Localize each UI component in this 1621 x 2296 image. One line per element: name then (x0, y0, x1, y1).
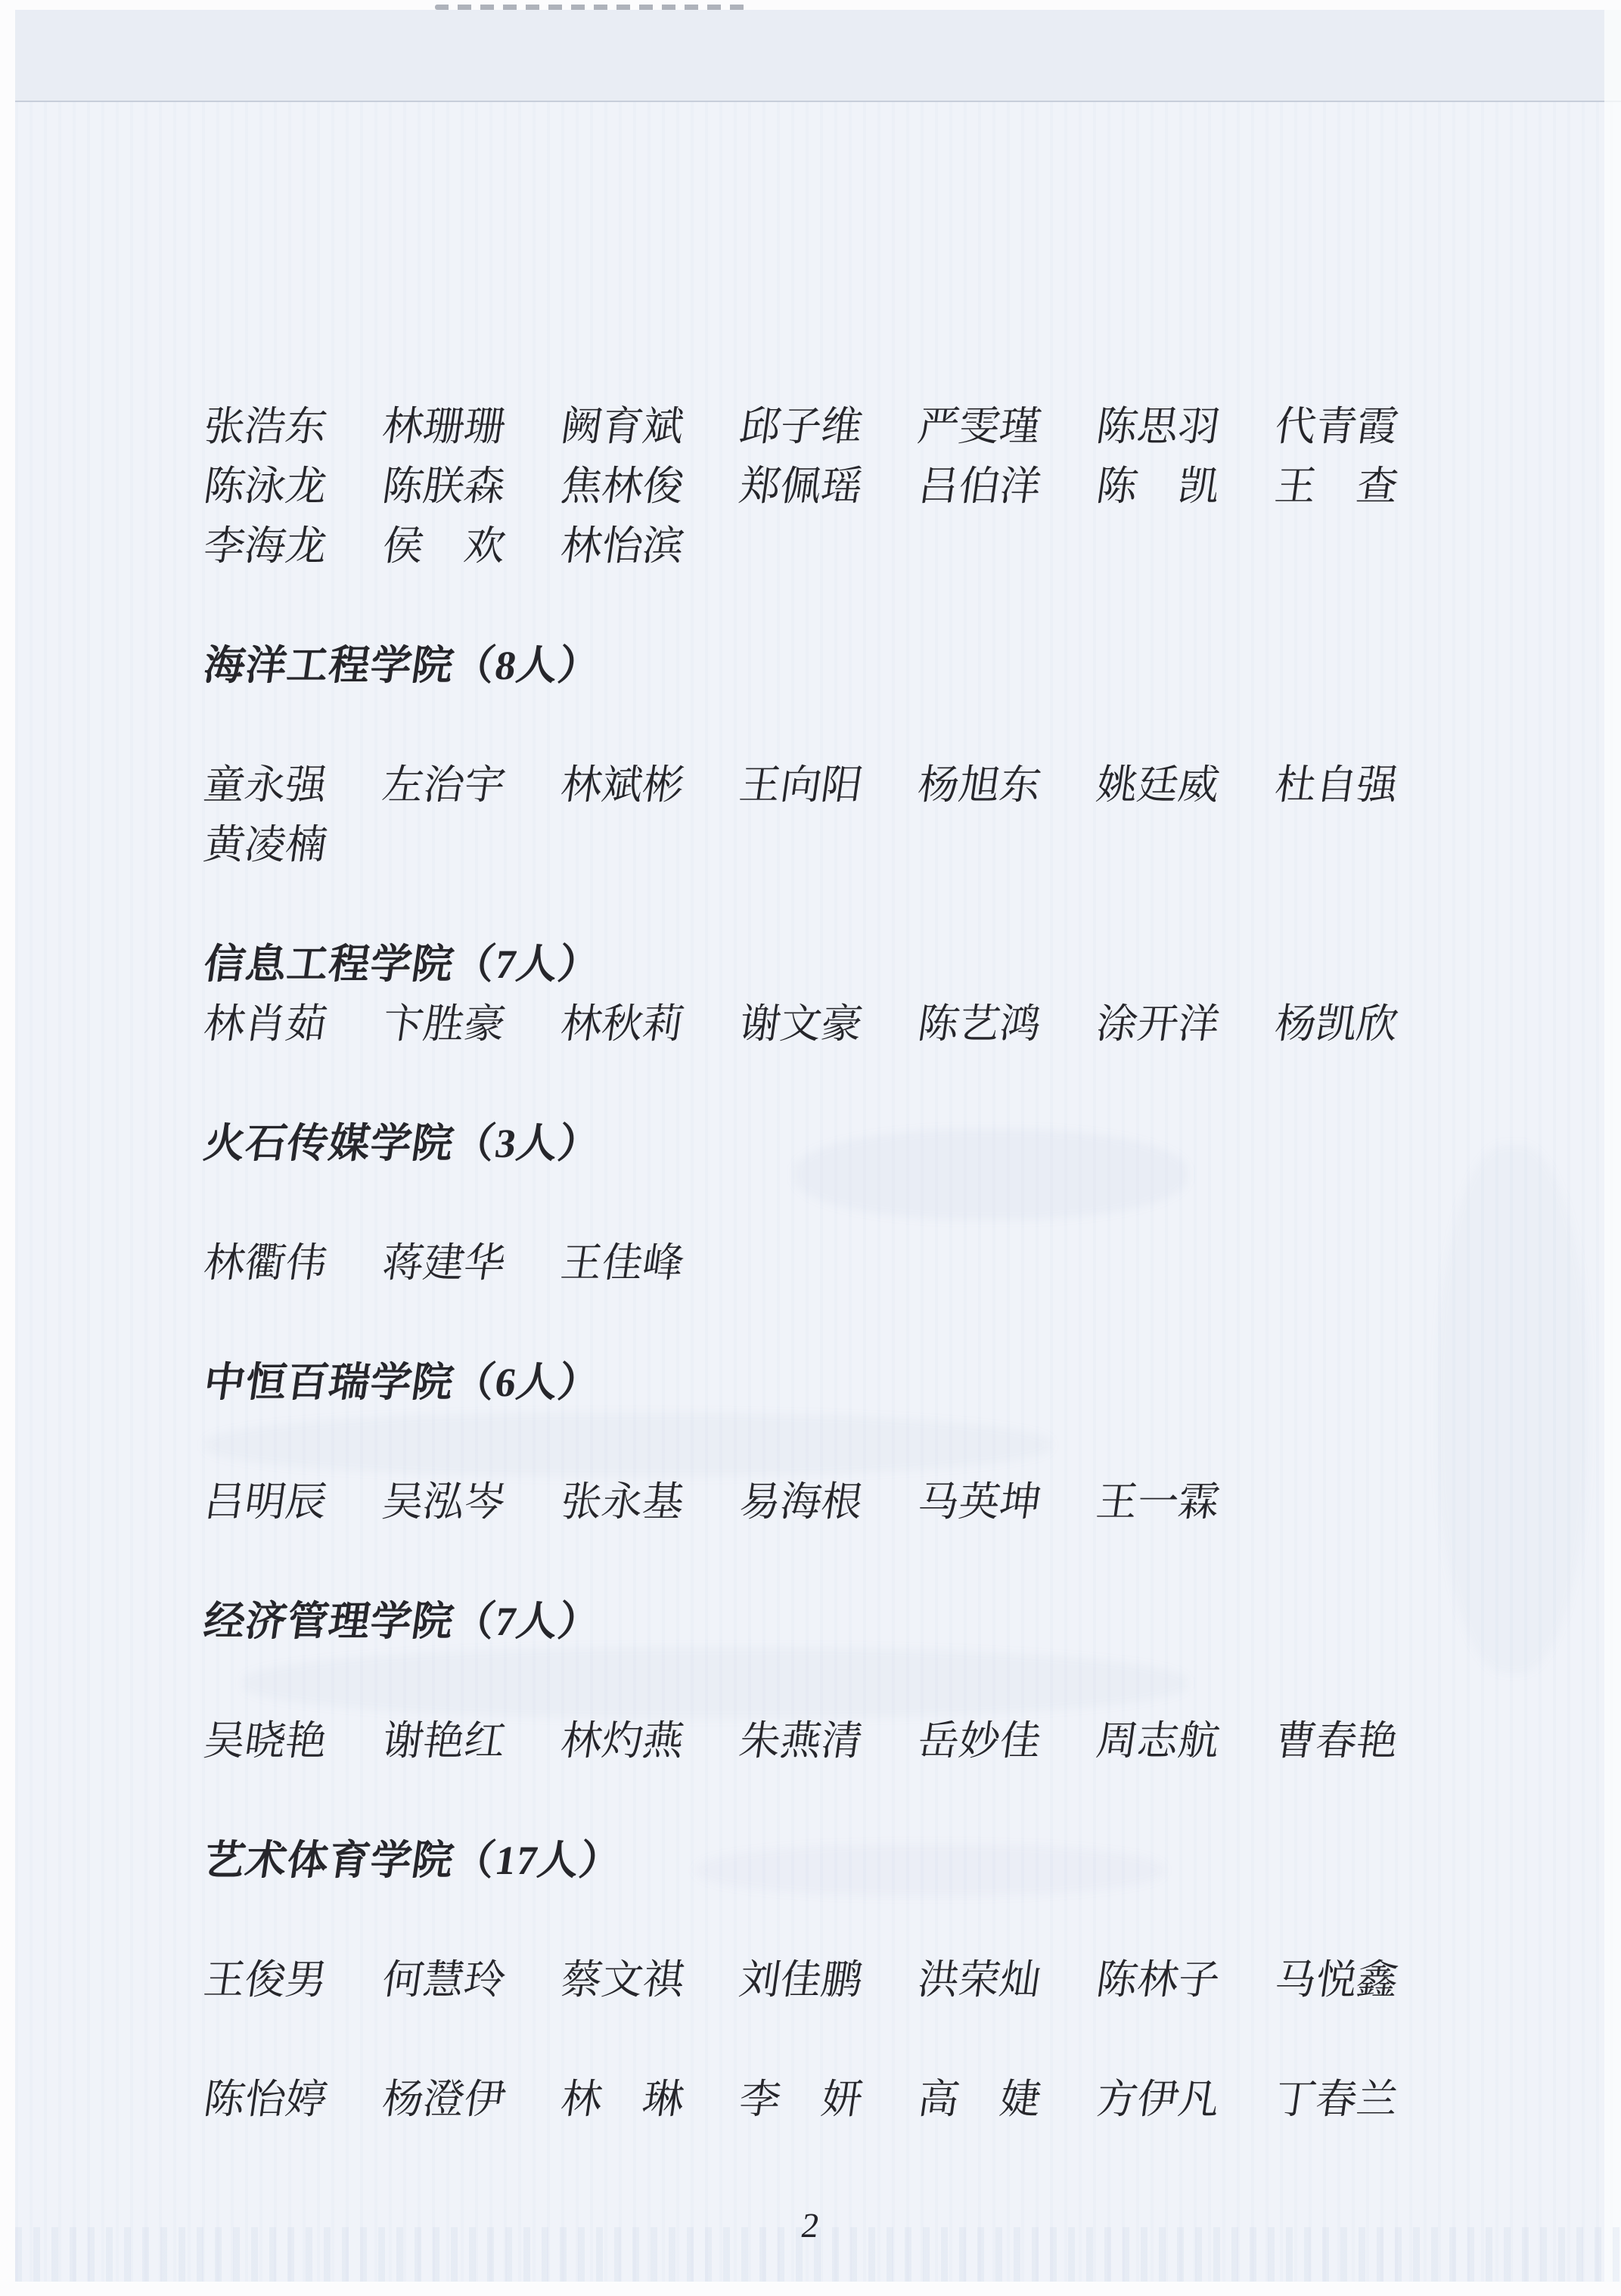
person-name: 蒋建华 (378, 1233, 509, 1293)
scan-artifact-dashes (435, 5, 745, 10)
scan-edge-strip (1604, 10, 1621, 2282)
blank-line (204, 1054, 1505, 1114)
person-name: 洪荣灿 (914, 1950, 1045, 2010)
names-row: 吕明辰吴泓岑张永基易海根马英坤王一霖 (204, 1472, 1505, 1532)
person-name: 易海根 (735, 1472, 866, 1532)
person-name: 王俊男 (200, 1950, 331, 2010)
person-name: 杨旭东 (914, 756, 1045, 815)
section-heading-text: 信息工程学院（7人） (200, 935, 604, 994)
person-name: 郑佩瑶 (735, 457, 866, 517)
person-name: 刘佳鹏 (735, 1950, 866, 2010)
names-row: 林肖茹卞胜豪林秋莉谢文豪陈艺鸿涂开洋杨凯欣 (204, 994, 1505, 1054)
person-name: 吴泓岑 (378, 1472, 509, 1532)
person-name: 卞胜豪 (378, 994, 509, 1054)
person-name: 何慧玲 (378, 1950, 509, 2010)
blank-line (204, 1532, 1505, 1592)
section-heading: 中恒百瑞学院（6人） (204, 1353, 1505, 1413)
section-heading-text: 经济管理学院（7人） (200, 1592, 604, 1652)
person-name: 朱燕清 (735, 1711, 866, 1771)
person-name: 王向阳 (735, 756, 866, 815)
person-name: 林斌彬 (557, 756, 688, 815)
names-row: 王俊男何慧玲蔡文祺刘佳鹏洪荣灿陈林子马悦鑫 (204, 1950, 1505, 2010)
section-heading: 信息工程学院（7人） (204, 935, 1505, 994)
blank-line (204, 1174, 1505, 1233)
person-name: 黄凌楠 (200, 815, 331, 875)
person-name: 涂开洋 (1092, 994, 1223, 1054)
person-name: 吕明辰 (200, 1472, 331, 1532)
names-row: 陈怡婷杨澄伊林 琳李 妍高 婕方伊凡丁春兰 (204, 2070, 1505, 2130)
scanned-page: 张浩东林珊珊阙育斌邱子维严雯瑾陈思羽代青霞陈泳龙陈朕森焦林俊郑佩瑶吕伯洋陈 凯王… (0, 0, 1621, 2296)
person-name: 杜自强 (1271, 756, 1402, 815)
person-name: 焦林俊 (557, 457, 688, 517)
page-number: 2 (0, 2205, 1621, 2245)
person-name: 陈泳龙 (200, 457, 331, 517)
names-row: 黄凌楠 (204, 815, 1505, 875)
blank-line (204, 1771, 1505, 1831)
person-name: 阙育斌 (557, 397, 688, 457)
blank-line (204, 576, 1505, 636)
person-name: 丁春兰 (1271, 2070, 1402, 2130)
names-row: 陈泳龙陈朕森焦林俊郑佩瑶吕伯洋陈 凯王 查 (204, 457, 1505, 517)
section-heading-text: 火石传媒学院（3人） (200, 1114, 604, 1174)
person-name: 林衢伟 (200, 1233, 331, 1293)
person-name: 高 婕 (914, 2070, 1045, 2130)
person-name: 林秋莉 (557, 994, 688, 1054)
person-name: 谢艳红 (378, 1711, 509, 1771)
blank-line (204, 2010, 1505, 2070)
person-name: 邱子维 (735, 397, 866, 457)
scan-band (15, 10, 1621, 102)
person-name: 李 妍 (735, 2070, 866, 2130)
person-name: 林 琳 (557, 2070, 688, 2130)
blank-line (204, 1891, 1505, 1950)
person-name: 李海龙 (200, 517, 331, 576)
section-heading: 经济管理学院（7人） (204, 1592, 1505, 1652)
names-row: 李海龙侯 欢林怡滨 (204, 517, 1505, 576)
person-name: 方伊凡 (1092, 2070, 1223, 2130)
person-name: 陈 凯 (1092, 457, 1223, 517)
names-row: 张浩东林珊珊阙育斌邱子维严雯瑾陈思羽代青霞 (204, 397, 1505, 457)
person-name: 林珊珊 (378, 397, 509, 457)
person-name: 林怡滨 (557, 517, 688, 576)
person-name: 曹春艳 (1271, 1711, 1402, 1771)
person-name: 马悦鑫 (1271, 1950, 1402, 2010)
section-heading-text: 中恒百瑞学院（6人） (200, 1353, 604, 1413)
person-name: 严雯瑾 (914, 397, 1045, 457)
person-name: 王一霖 (1092, 1472, 1223, 1532)
person-name: 林灼燕 (557, 1711, 688, 1771)
person-name: 林肖茹 (200, 994, 331, 1054)
blank-line (204, 1652, 1505, 1711)
document-body: 张浩东林珊珊阙育斌邱子维严雯瑾陈思羽代青霞陈泳龙陈朕森焦林俊郑佩瑶吕伯洋陈 凯王… (204, 397, 1505, 2130)
section-heading-text: 艺术体育学院（17人） (200, 1831, 625, 1891)
person-name: 陈艺鸿 (914, 994, 1045, 1054)
person-name: 陈林子 (1092, 1950, 1223, 2010)
section-heading: 海洋工程学院（8人） (204, 636, 1505, 696)
person-name: 姚廷威 (1092, 756, 1223, 815)
section-heading: 艺术体育学院（17人） (204, 1831, 1505, 1891)
person-name: 王佳峰 (557, 1233, 688, 1293)
person-name: 杨凯欣 (1271, 994, 1402, 1054)
person-name: 代青霞 (1271, 397, 1402, 457)
person-name: 杨澄伊 (378, 2070, 509, 2130)
blank-line (204, 696, 1505, 756)
section-heading: 火石传媒学院（3人） (204, 1114, 1505, 1174)
person-name: 陈朕森 (378, 457, 509, 517)
person-name: 谢文豪 (735, 994, 866, 1054)
person-name: 张永基 (557, 1472, 688, 1532)
names-row: 童永强左治宇林斌彬王向阳杨旭东姚廷威杜自强 (204, 756, 1505, 815)
person-name: 吕伯洋 (914, 457, 1045, 517)
person-name: 蔡文祺 (557, 1950, 688, 2010)
person-name: 陈怡婷 (200, 2070, 331, 2130)
person-name: 岳妙佳 (914, 1711, 1045, 1771)
names-row: 林衢伟蒋建华王佳峰 (204, 1233, 1505, 1293)
blank-line (204, 875, 1505, 935)
section-heading-text: 海洋工程学院（8人） (200, 636, 604, 696)
person-name: 吴晓艳 (200, 1711, 331, 1771)
blank-line (204, 1293, 1505, 1353)
person-name: 左治宇 (378, 756, 509, 815)
person-name: 陈思羽 (1092, 397, 1223, 457)
person-name: 侯 欢 (378, 517, 509, 576)
person-name: 马英坤 (914, 1472, 1045, 1532)
blank-line (204, 1413, 1505, 1472)
person-name: 周志航 (1092, 1711, 1223, 1771)
person-name: 童永强 (200, 756, 331, 815)
names-row: 吴晓艳谢艳红林灼燕朱燕清岳妙佳周志航曹春艳 (204, 1711, 1505, 1771)
person-name: 王 查 (1271, 457, 1402, 517)
person-name: 张浩东 (200, 397, 331, 457)
